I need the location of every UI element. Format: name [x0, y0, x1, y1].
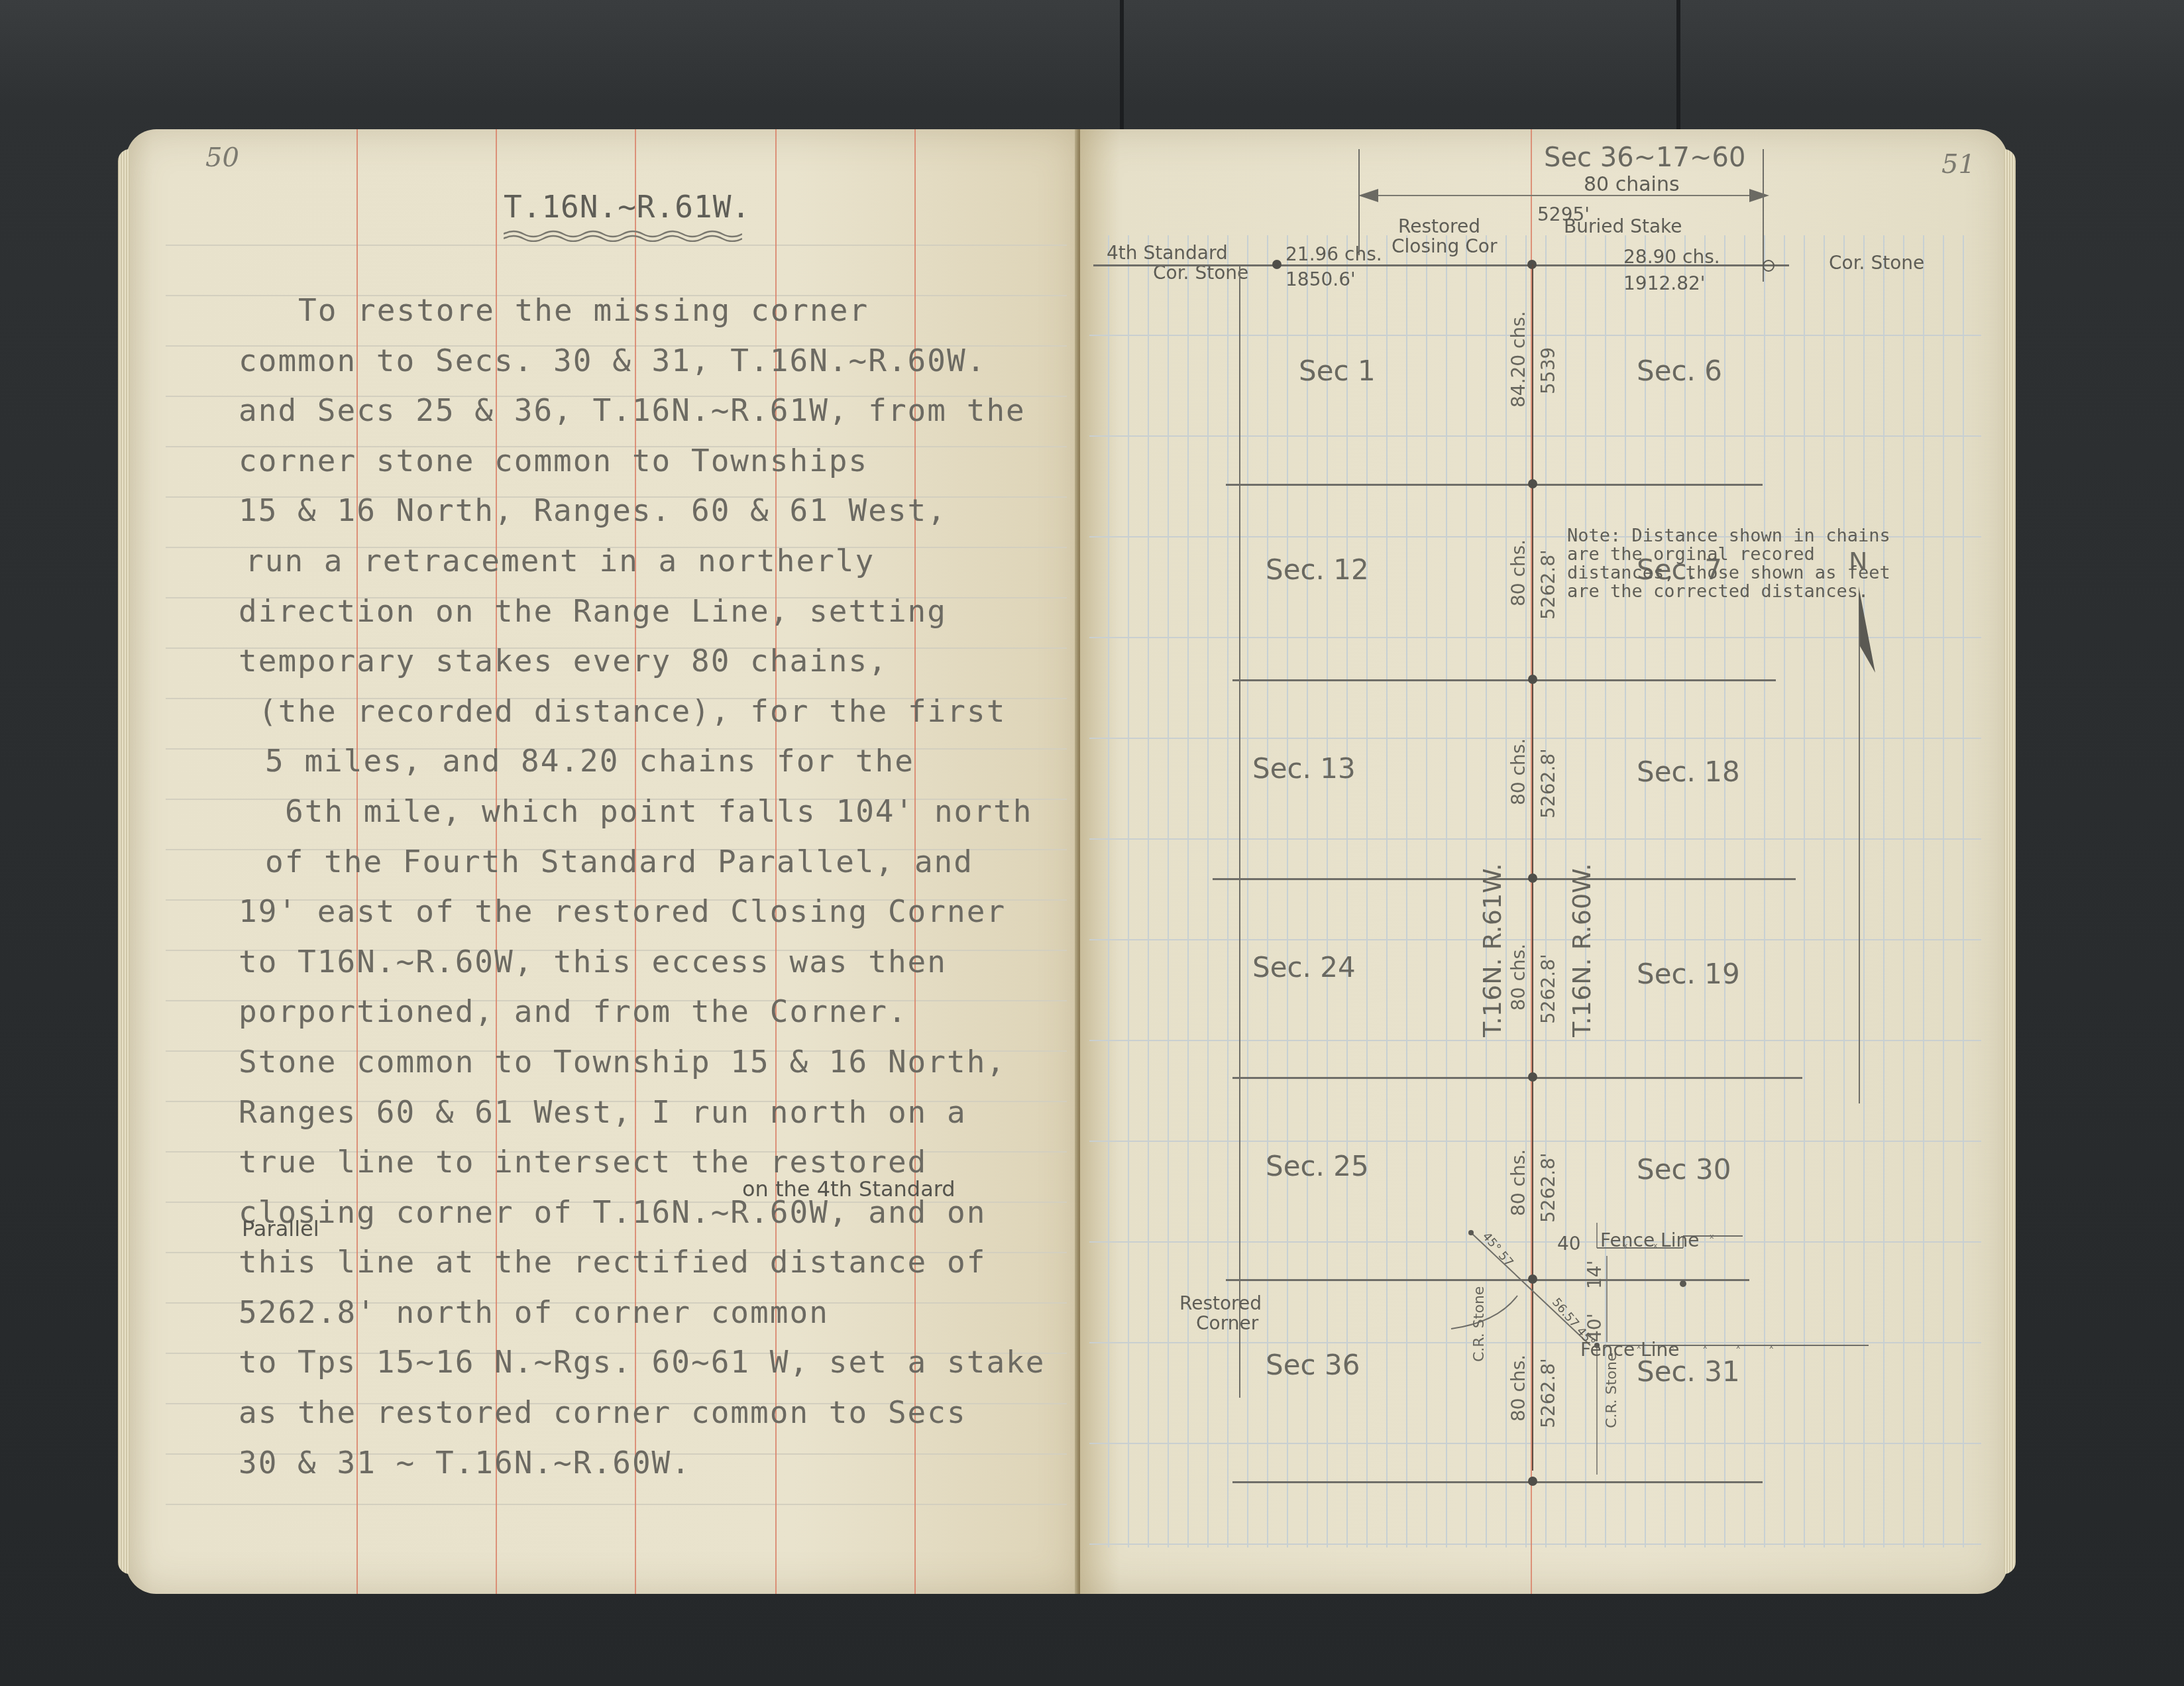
text-line: direction on the Range Line, setting	[239, 587, 1067, 637]
text-line: to T16N.~R.60W, this eccess was then	[239, 937, 1067, 987]
offset-40-top: 40	[1557, 1233, 1581, 1255]
text-line: temporary stakes every 80 chains,	[239, 636, 1067, 687]
text-line: as the restored corner common to Secs	[239, 1388, 1067, 1438]
text-line: porportioned, and from the Corner.	[239, 987, 1067, 1037]
inserted-note-above: on the 4th Standard	[742, 1176, 955, 1202]
left-page: 50 T.16N.~R.61W. To restore the missing …	[126, 129, 1080, 1594]
inserted-note-margin: Parallel	[242, 1216, 319, 1241]
title-underline-wave	[504, 229, 742, 242]
fourth-standard-label: 4th Standard	[1107, 242, 1228, 264]
page-edge	[118, 149, 130, 1574]
cr-stone-se: C.R. Stone	[1604, 1353, 1620, 1428]
range-feet-distance: 5262.8'	[1537, 748, 1559, 818]
dimension-tick	[1358, 149, 1360, 255]
text-line: common to Secs. 30 & 31, T.16N.~R.60W.	[239, 336, 1067, 386]
tray-seam	[1120, 0, 1124, 146]
text-line: Stone common to Township 15 & 16 North,	[239, 1037, 1067, 1088]
section-corner-marker	[1528, 1072, 1537, 1082]
restored-closing-label: Restored	[1398, 215, 1480, 237]
text-line: 5262.8' north of corner common	[239, 1288, 1067, 1338]
distance-note: Note: Distance shown in chains are the o…	[1567, 527, 1912, 601]
restored-closing-label: Closing Cor	[1392, 235, 1497, 257]
section-corner-marker	[1528, 479, 1537, 488]
fence-line-top: Fence Line	[1600, 1229, 1699, 1251]
section-corner-marker	[1528, 873, 1537, 883]
text-line: run a retracement in a northerly	[239, 536, 1067, 587]
range-chain-distance: 80 chs.	[1507, 1149, 1529, 1216]
east-feet: 1912.82'	[1623, 272, 1705, 294]
section-label-west: Sec. 13	[1252, 752, 1356, 785]
survey-plat-diagram: Sec 36~17~60 80 chains 5295' Restored Cl…	[1080, 129, 2008, 1594]
right-page: 51 Sec 36~17~60 80 chains 5295' Restored…	[1080, 129, 2008, 1594]
offset-14: 14'	[1584, 1261, 1606, 1289]
range-feet-distance: 5262.8'	[1537, 954, 1559, 1024]
svg-text:x: x	[1736, 1342, 1741, 1351]
text-line: to Tps 15~16 N.~Rgs. 60~61 W, set a stak…	[239, 1337, 1067, 1388]
range-feet-distance: 5262.8'	[1537, 549, 1559, 620]
text-line: 30 & 31 ~ T.16N.~R.60W.	[239, 1438, 1067, 1489]
cr-stone-nw: C.R. Stone	[1471, 1286, 1488, 1362]
range-chain-distance: 84.20 chs.	[1507, 311, 1529, 408]
section-line	[1232, 679, 1776, 681]
cor-stone-east: Cor. Stone	[1829, 252, 1924, 274]
township-label-west: T.16N. R.61W.	[1478, 864, 1507, 1038]
text-line: corner stone common to Townships	[239, 436, 1067, 486]
range-feet-distance: 5262.8'	[1537, 1152, 1559, 1223]
section-label-west: Sec. 12	[1266, 553, 1369, 586]
text-line: 6th mile, which point falls 104' north	[239, 787, 1067, 837]
section-line	[1226, 484, 1763, 486]
section-label-east: Sec 30	[1637, 1153, 1731, 1186]
township-label-east: T.16N. R.60W.	[1567, 864, 1596, 1038]
section-line	[1232, 1077, 1802, 1079]
restored-corner-label: Corner	[1196, 1312, 1258, 1334]
township-west-boundary	[1239, 264, 1240, 1398]
restored-corner-label: Restored	[1179, 1292, 1262, 1314]
tray-seam	[1676, 0, 1680, 146]
west-feet: 1850.6'	[1285, 268, 1356, 290]
page-number: 50	[205, 142, 239, 173]
section-label-east: Sec. 6	[1637, 355, 1722, 387]
fourth-standard-parallel-line	[1093, 264, 1789, 266]
svg-text:x: x	[1769, 1342, 1774, 1351]
text-line: this line at the rectified distance of	[239, 1237, 1067, 1288]
text-line: 19' east of the restored Closing Corner	[239, 887, 1067, 937]
text-line: To restore the missing corner	[239, 286, 1067, 336]
svg-text:x: x	[1710, 1232, 1714, 1241]
section-label-west: Sec. 25	[1266, 1150, 1369, 1182]
text-line: of the Fourth Standard Parallel, and	[239, 837, 1067, 887]
text-line: Ranges 60 & 61 West, I run north on a	[239, 1088, 1067, 1138]
section-reference: Sec 36~17~60	[1544, 142, 1745, 173]
text-line: 5 miles, and 84.20 chains for the	[239, 736, 1067, 787]
page-title: T.16N.~R.61W.	[504, 189, 751, 225]
range-feet-distance: 5539	[1537, 347, 1559, 394]
open-notebook: 50 T.16N.~R.61W. To restore the missing …	[126, 129, 2008, 1594]
range-chain-distance: 80 chs.	[1507, 738, 1529, 805]
section-label-east: Sec. 19	[1637, 958, 1740, 990]
west-chains: 21.96 chs.	[1285, 243, 1382, 265]
text-line: and Secs 25 & 36, T.16N.~R.61W, from the	[239, 386, 1067, 436]
section-label-east: Sec. 18	[1637, 756, 1740, 788]
svg-text:x: x	[1703, 1342, 1708, 1351]
section-corner-marker	[1528, 675, 1537, 684]
range-chain-distance: 80 chs.	[1507, 539, 1529, 606]
range-chain-distance: 80 chs.	[1507, 944, 1529, 1011]
field-notes-paragraph: To restore the missing corner common to …	[239, 286, 1067, 1488]
section-label-west: Sec 1	[1299, 355, 1376, 387]
text-line: 15 & 16 North, Ranges. 60 & 61 West,	[239, 486, 1067, 536]
corner-stone-marker	[1272, 260, 1282, 269]
text-line: (the recorded distance), for the first	[239, 687, 1067, 737]
section-label-west: Sec. 24	[1252, 951, 1356, 983]
buried-stake-label: Buried Stake	[1564, 215, 1682, 237]
corner-stone-marker	[1763, 260, 1774, 272]
